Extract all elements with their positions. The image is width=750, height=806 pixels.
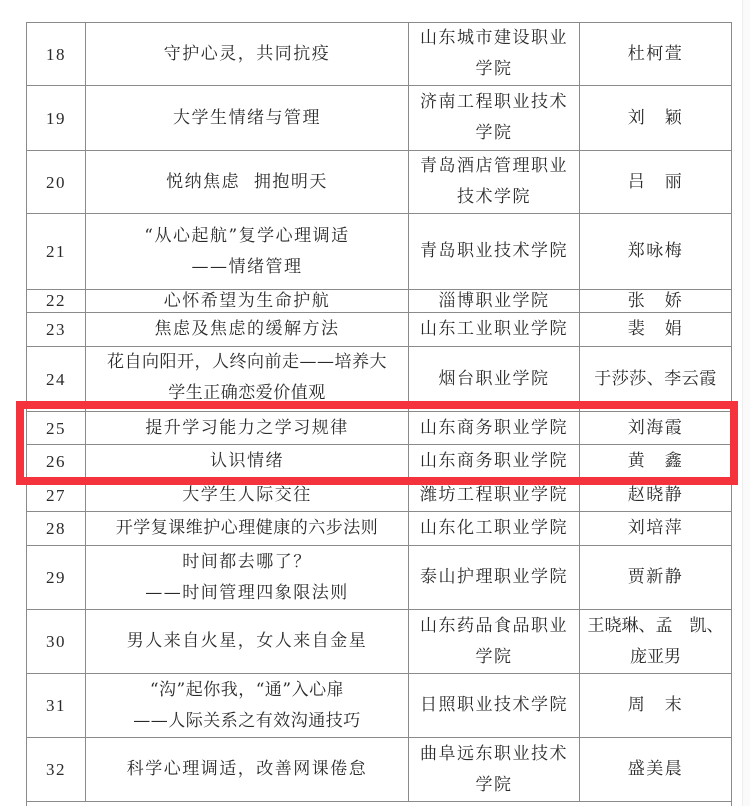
- teacher-name: 刘海霞: [580, 412, 732, 445]
- teacher-name: 盛美晨: [580, 738, 732, 802]
- table-row: 31 “沟”起你我，“通”入心扉——人际关系之有效沟通技巧 日照职业技术学院 周…: [27, 674, 732, 738]
- row-number: 25: [27, 412, 86, 445]
- teacher-name: 贾新静: [580, 546, 732, 610]
- table-row: 28 开学复课维护心理健康的六步法则 山东化工职业学院 刘培萍: [27, 512, 732, 546]
- course-title: 花自向阳开，人终向前走——培养大学生正确恋爱价值观: [86, 347, 409, 412]
- table-row: 18 守护心灵，共同抗疫 山东城市建设职业学院 杜柯萱: [27, 23, 732, 86]
- row-number: 21: [27, 214, 86, 290]
- next-row-edge: [27, 802, 732, 806]
- course-title: 科学心理调适，改善网课倦怠: [86, 738, 409, 802]
- table-row: 27 大学生人际交往 潍坊工程职业学院 赵晓静: [27, 479, 732, 512]
- teacher-name: 赵晓静: [580, 479, 732, 512]
- school-name: 曲阜远东职业技术学院: [409, 738, 580, 802]
- row-number: 24: [27, 347, 86, 412]
- table-row: 19 大学生情绪与管理 济南工程职业技术学院 刘 颖: [27, 86, 732, 151]
- course-title: 大学生人际交往: [86, 479, 409, 512]
- row-number: 30: [27, 610, 86, 674]
- row-number: 20: [27, 151, 86, 214]
- course-title: 心怀希望为生命护航: [86, 290, 409, 313]
- school-name: 山东商务职业学院: [409, 445, 580, 479]
- table-row: 30 男人来自火星，女人来自金星 山东药品食品职业学院 王晓琳、孟 凯、庞亚男: [27, 610, 732, 674]
- table-row: 22 心怀希望为生命护航 淄博职业学院 张 娇: [27, 290, 732, 313]
- course-award-table: 18 守护心灵，共同抗疫 山东城市建设职业学院 杜柯萱 19 大学生情绪与管理 …: [26, 22, 732, 806]
- teacher-name: 王晓琳、孟 凯、庞亚男: [580, 610, 732, 674]
- school-name: 山东商务职业学院: [409, 412, 580, 445]
- school-name: 山东工业职业学院: [409, 313, 580, 347]
- table-row: 23 焦虑及焦虑的缓解方法 山东工业职业学院 裴 娟: [27, 313, 732, 347]
- course-title: 提升学习能力之学习规律: [86, 412, 409, 445]
- table-row: 21 “从心起航”复学心理调适——情绪管理 青岛职业技术学院 郑咏梅: [27, 214, 732, 290]
- school-name: 日照职业技术学院: [409, 674, 580, 738]
- table-row-highlighted: 26 认识情绪 山东商务职业学院 黄 鑫: [27, 445, 732, 479]
- school-name: 潍坊工程职业学院: [409, 479, 580, 512]
- teacher-name: 杜柯萱: [580, 23, 732, 86]
- school-name: 青岛酒店管理职业技术学院: [409, 151, 580, 214]
- course-title: 守护心灵，共同抗疫: [86, 23, 409, 86]
- teacher-name: 裴 娟: [580, 313, 732, 347]
- row-number: 18: [27, 23, 86, 86]
- teacher-name: 于莎莎、李云霞: [580, 347, 732, 412]
- course-title: “沟”起你我，“通”入心扉——人际关系之有效沟通技巧: [86, 674, 409, 738]
- course-title: 悦纳焦虑 拥抱明天: [86, 151, 409, 214]
- row-number: 22: [27, 290, 86, 313]
- table-row: 29 时间都去哪了？——时间管理四象限法则 泰山护理职业学院 贾新静: [27, 546, 732, 610]
- teacher-name: 黄 鑫: [580, 445, 732, 479]
- row-number: 23: [27, 313, 86, 347]
- table-row-highlighted: 25 提升学习能力之学习规律 山东商务职业学院 刘海霞: [27, 412, 732, 445]
- course-title: 开学复课维护心理健康的六步法则: [86, 512, 409, 546]
- row-number: 19: [27, 86, 86, 151]
- row-number: 29: [27, 546, 86, 610]
- school-name: 烟台职业学院: [409, 347, 580, 412]
- school-name: 青岛职业技术学院: [409, 214, 580, 290]
- school-name: 泰山护理职业学院: [409, 546, 580, 610]
- course-title: 大学生情绪与管理: [86, 86, 409, 151]
- course-title: 男人来自火星，女人来自金星: [86, 610, 409, 674]
- table-row: 32 科学心理调适，改善网课倦怠 曲阜远东职业技术学院 盛美晨: [27, 738, 732, 802]
- teacher-name: 刘 颖: [580, 86, 732, 151]
- course-title: 时间都去哪了？——时间管理四象限法则: [86, 546, 409, 610]
- row-number: 26: [27, 445, 86, 479]
- school-name: 济南工程职业技术学院: [409, 86, 580, 151]
- teacher-name: 吕 丽: [580, 151, 732, 214]
- row-number: 27: [27, 479, 86, 512]
- school-name: 山东城市建设职业学院: [409, 23, 580, 86]
- school-name: 山东药品食品职业学院: [409, 610, 580, 674]
- teacher-name: 郑咏梅: [580, 214, 732, 290]
- teacher-name: 张 娇: [580, 290, 732, 313]
- teacher-name: 刘培萍: [580, 512, 732, 546]
- table-row-next: [27, 802, 732, 806]
- course-title: “从心起航”复学心理调适——情绪管理: [86, 214, 409, 290]
- school-name: 山东化工职业学院: [409, 512, 580, 546]
- table-row: 24 花自向阳开，人终向前走——培养大学生正确恋爱价值观 烟台职业学院 于莎莎、…: [27, 347, 732, 412]
- table-row: 20 悦纳焦虑 拥抱明天 青岛酒店管理职业技术学院 吕 丽: [27, 151, 732, 214]
- row-number: 32: [27, 738, 86, 802]
- row-number: 28: [27, 512, 86, 546]
- page-edge: [742, 0, 750, 806]
- school-name: 淄博职业学院: [409, 290, 580, 313]
- teacher-name: 周 末: [580, 674, 732, 738]
- course-title: 焦虑及焦虑的缓解方法: [86, 313, 409, 347]
- course-title: 认识情绪: [86, 445, 409, 479]
- row-number: 31: [27, 674, 86, 738]
